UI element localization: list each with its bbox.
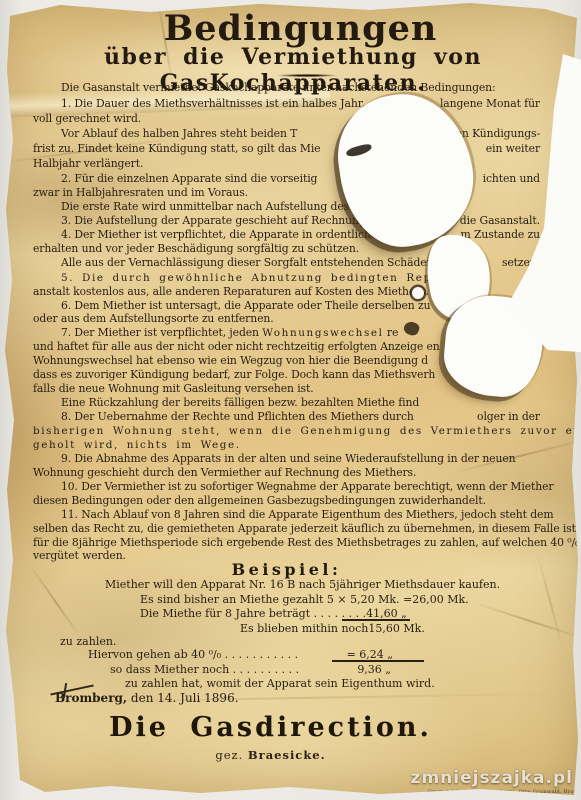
sum-rule (332, 660, 424, 662)
example-line: zu zahlen. (60, 635, 116, 648)
clause-8-line: bisherigen Wohnung steht, wenn die Geneh… (33, 424, 540, 439)
paper-crease (536, 552, 564, 649)
example-line: Es sind bisher an Miethe gezahlt 5 × 5,2… (140, 593, 398, 606)
small-burn-hole (412, 287, 424, 299)
example-heading: Beispiel: (33, 560, 540, 579)
clause-10-line: 10. Der Vermiether ist zu sofortiger Weg… (33, 480, 540, 495)
example-line: Es blieben mithin noch15,60 Mk. (240, 622, 392, 635)
watermark: zmniejszajka.pl (411, 768, 573, 788)
intro-line: Die Gasanstalt vermiethet Gaskochapparat… (33, 81, 540, 96)
clause-11-line: 11. Nach Ablauf von 8 Jahren sind die Ap… (33, 508, 540, 523)
clause-8-line: 8. Der Uebernahme der Rechte und Pflicht… (33, 410, 540, 425)
example-line: so dass Miether noch . . . . . . . . . .… (110, 663, 391, 676)
clause-3-line: 3. Die Aufstellung der Apparate geschieh… (33, 214, 540, 229)
clause-11-line: selben das Recht zu, die gemietheten App… (33, 522, 540, 537)
clause-7-line: Eine Rückzahlung der bereits fälligen be… (33, 396, 540, 411)
clause-8-line: geholt wird, nichts im Wege. (33, 438, 540, 453)
place-date-line: Bromberg, den 14. Juli 1896. (55, 691, 239, 705)
signature-title: Die Gasdirection. (20, 712, 521, 743)
sum-rule (342, 619, 410, 621)
scanned-document: Bedingungen über die Vermiethung von Gas… (0, 0, 581, 800)
example-line: zu zahlen hat, womit der Apparat sein Ei… (125, 677, 435, 690)
printer-imprint: Gramatzki'sche Buchdruckerei, Otto Grunw… (428, 789, 581, 795)
clause-9-line: 9. Die Abnahme des Apparats in der alten… (33, 452, 540, 467)
clause-1-line: 1. Die Dauer des Miethsverhältnisses ist… (33, 97, 540, 112)
example-line: Miether will den Apparat Nr. 16 B nach 5… (105, 578, 500, 591)
clause-1-line: voll gerechnet wird. (33, 112, 540, 127)
clause-10-line: diesen Bedingungen oder den allgemeinen … (33, 494, 540, 509)
document-body: Die Gasanstalt vermiethet Gaskochapparat… (33, 0, 540, 800)
clause-9-line: Wohnung geschieht durch den Vermiether a… (33, 466, 540, 481)
aged-paper-sheet: Bedingungen über die Vermiethung von Gas… (0, 0, 581, 800)
signed-by-line: gez. Braesicke. (20, 748, 521, 762)
